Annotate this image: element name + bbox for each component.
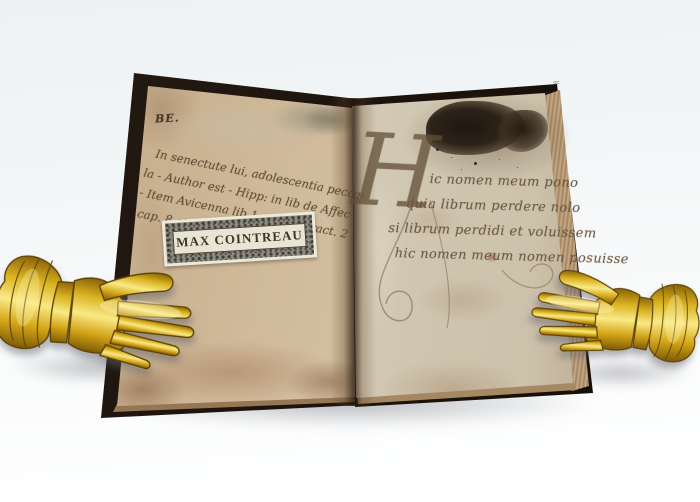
right-page-inscription: ic nomen meum pono quia librum perdere n… <box>387 166 580 271</box>
corner-mark: BE. <box>155 111 180 125</box>
inscription-line: ic nomen meum pono <box>429 167 580 196</box>
corner-scribble: ≈ <box>551 77 561 89</box>
photo-scene: BE. In senectute lui, adolescentia pecca… <box>0 0 700 502</box>
bookplate-ornamental-border: MAX COINTREAU <box>165 215 314 264</box>
right-hand-clip <box>526 258 700 381</box>
bookplate-name: MAX COINTREAU <box>172 223 306 255</box>
bookplate: MAX COINTREAU <box>162 211 318 266</box>
